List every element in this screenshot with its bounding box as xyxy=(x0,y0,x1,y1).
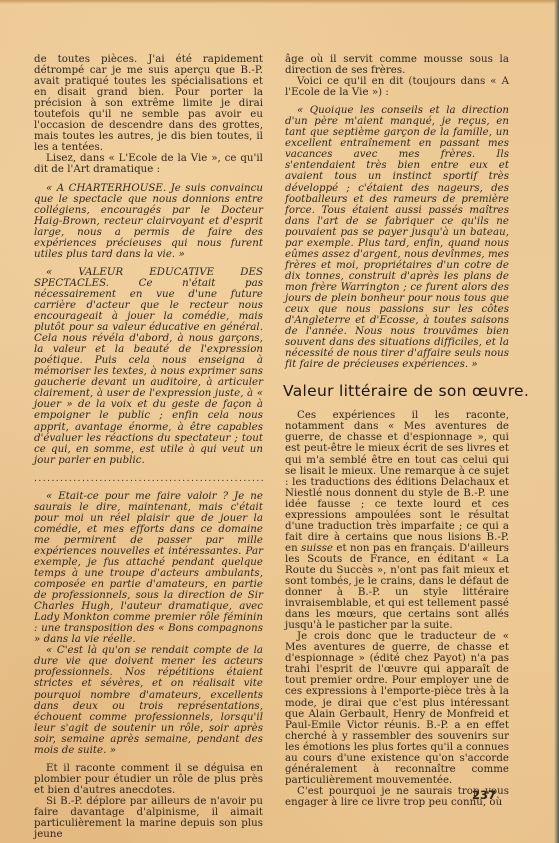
body-paragraph: Voici ce qu'il en dit (toujours dans « A… xyxy=(285,76,509,98)
quote-acteurs-professionnels: « C'est là qu'on se rendait compte de la… xyxy=(34,645,263,755)
body-paragraph: Et il raconte comment il se déguisa en p… xyxy=(34,763,263,796)
quote-valeur-educative: « VALEUR EDUCATIVE DES SPECTACLES. Ce n'… xyxy=(34,267,263,466)
page-binding-edge xyxy=(554,0,559,843)
quote-freres: « Quoique les conseils et la direction d… xyxy=(285,105,509,370)
body-paragraph: Lisez, dans « L'Ecole de la Vie », ce qu… xyxy=(34,153,263,175)
emphasis-text: suisse xyxy=(301,543,333,554)
body-paragraph: de toutes pièces. J'ai été rapidement dé… xyxy=(34,54,263,153)
body-paragraph: Je crois donc que le traducteur de « Mes… xyxy=(285,631,509,786)
body-paragraph: âge où il servit comme mousse sous la di… xyxy=(285,54,509,76)
right-column: âge où il servit comme mousse sous la di… xyxy=(285,54,509,808)
body-text: et non pas en français. D'ailleurs les S… xyxy=(285,543,509,631)
body-text: Ces expériences il les raconte, notammen… xyxy=(285,410,509,554)
quote-faire-valoir: « Etait-ce pour me faire valoir ? Je ne … xyxy=(34,491,263,646)
left-column: de toutes pièces. J'ai été rapidement dé… xyxy=(34,54,263,840)
quote-charterhouse: « A CHARTERHOUSE. Je suis convaincu que … xyxy=(34,183,263,260)
magazine-page: de toutes pièces. J'ai été rapidement dé… xyxy=(0,0,559,843)
body-paragraph: Ces expériences il les raconte, notammen… xyxy=(285,410,509,631)
page-number: 237 xyxy=(472,788,496,802)
body-paragraph: Si B.-P. déplore par ailleurs de n'avoir… xyxy=(34,796,263,840)
ellipsis-separator: ........................................… xyxy=(34,474,263,484)
section-heading: Valeur littéraire de son œuvre. xyxy=(283,382,509,400)
page-top-edge xyxy=(0,0,559,4)
